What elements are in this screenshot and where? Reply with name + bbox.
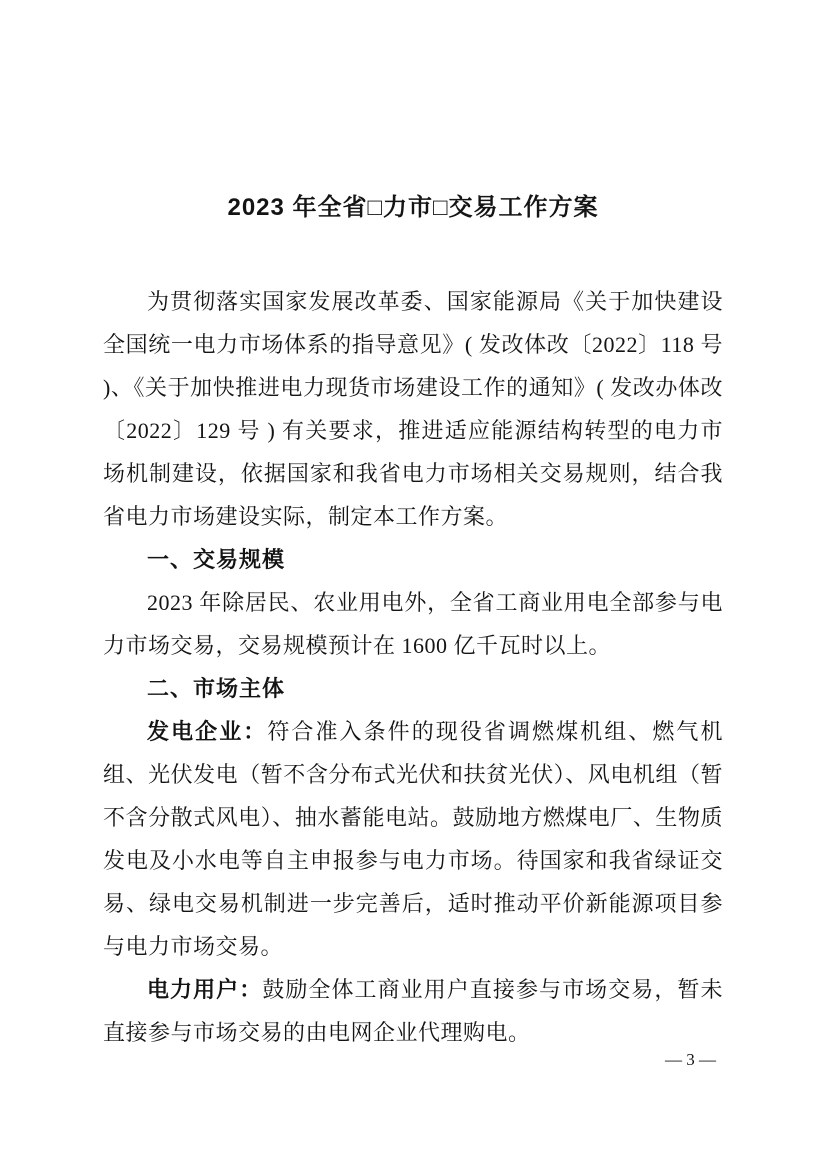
users-paragraph: 电力用户：鼓励全体工商业用户直接参与市场交易，暂未直接参与市场交易的由电网企业代… bbox=[103, 968, 723, 1054]
document-body: 2023 年全省□力市□交易工作方案 为贯彻落实国家发展改革委、国家能源局《关于… bbox=[103, 0, 723, 1054]
section-1-heading: 一、交易规模 bbox=[103, 538, 723, 581]
page-number: — 3 — bbox=[665, 1048, 716, 1072]
generators-paragraph: 发电企业：符合准入条件的现役省调燃煤机组、燃气机组、光伏发电（暂不含分布式光伏和… bbox=[103, 710, 723, 968]
document-page: 2023 年全省□力市□交易工作方案 为贯彻落实国家发展改革委、国家能源局《关于… bbox=[0, 0, 826, 1169]
section-1-paragraph: 2023 年除居民、农业用电外，全省工商业用电全部参与电力市场交易，交易规模预计… bbox=[103, 581, 723, 667]
users-lead-in: 电力用户： bbox=[147, 977, 262, 1002]
document-title: 2023 年全省□力市□交易工作方案 bbox=[103, 190, 723, 226]
section-2-heading: 二、市场主体 bbox=[103, 667, 723, 710]
document-content: 为贯彻落实国家发展改革委、国家能源局《关于加快建设全国统一电力市场体系的指导意见… bbox=[103, 280, 723, 1054]
generators-lead-in: 发电企业： bbox=[147, 719, 267, 744]
intro-paragraph: 为贯彻落实国家发展改革委、国家能源局《关于加快建设全国统一电力市场体系的指导意见… bbox=[103, 280, 723, 538]
generators-text: 符合准入条件的现役省调燃煤机组、燃气机组、光伏发电（暂不含分布式光伏和扶贫光伏）… bbox=[103, 719, 723, 959]
